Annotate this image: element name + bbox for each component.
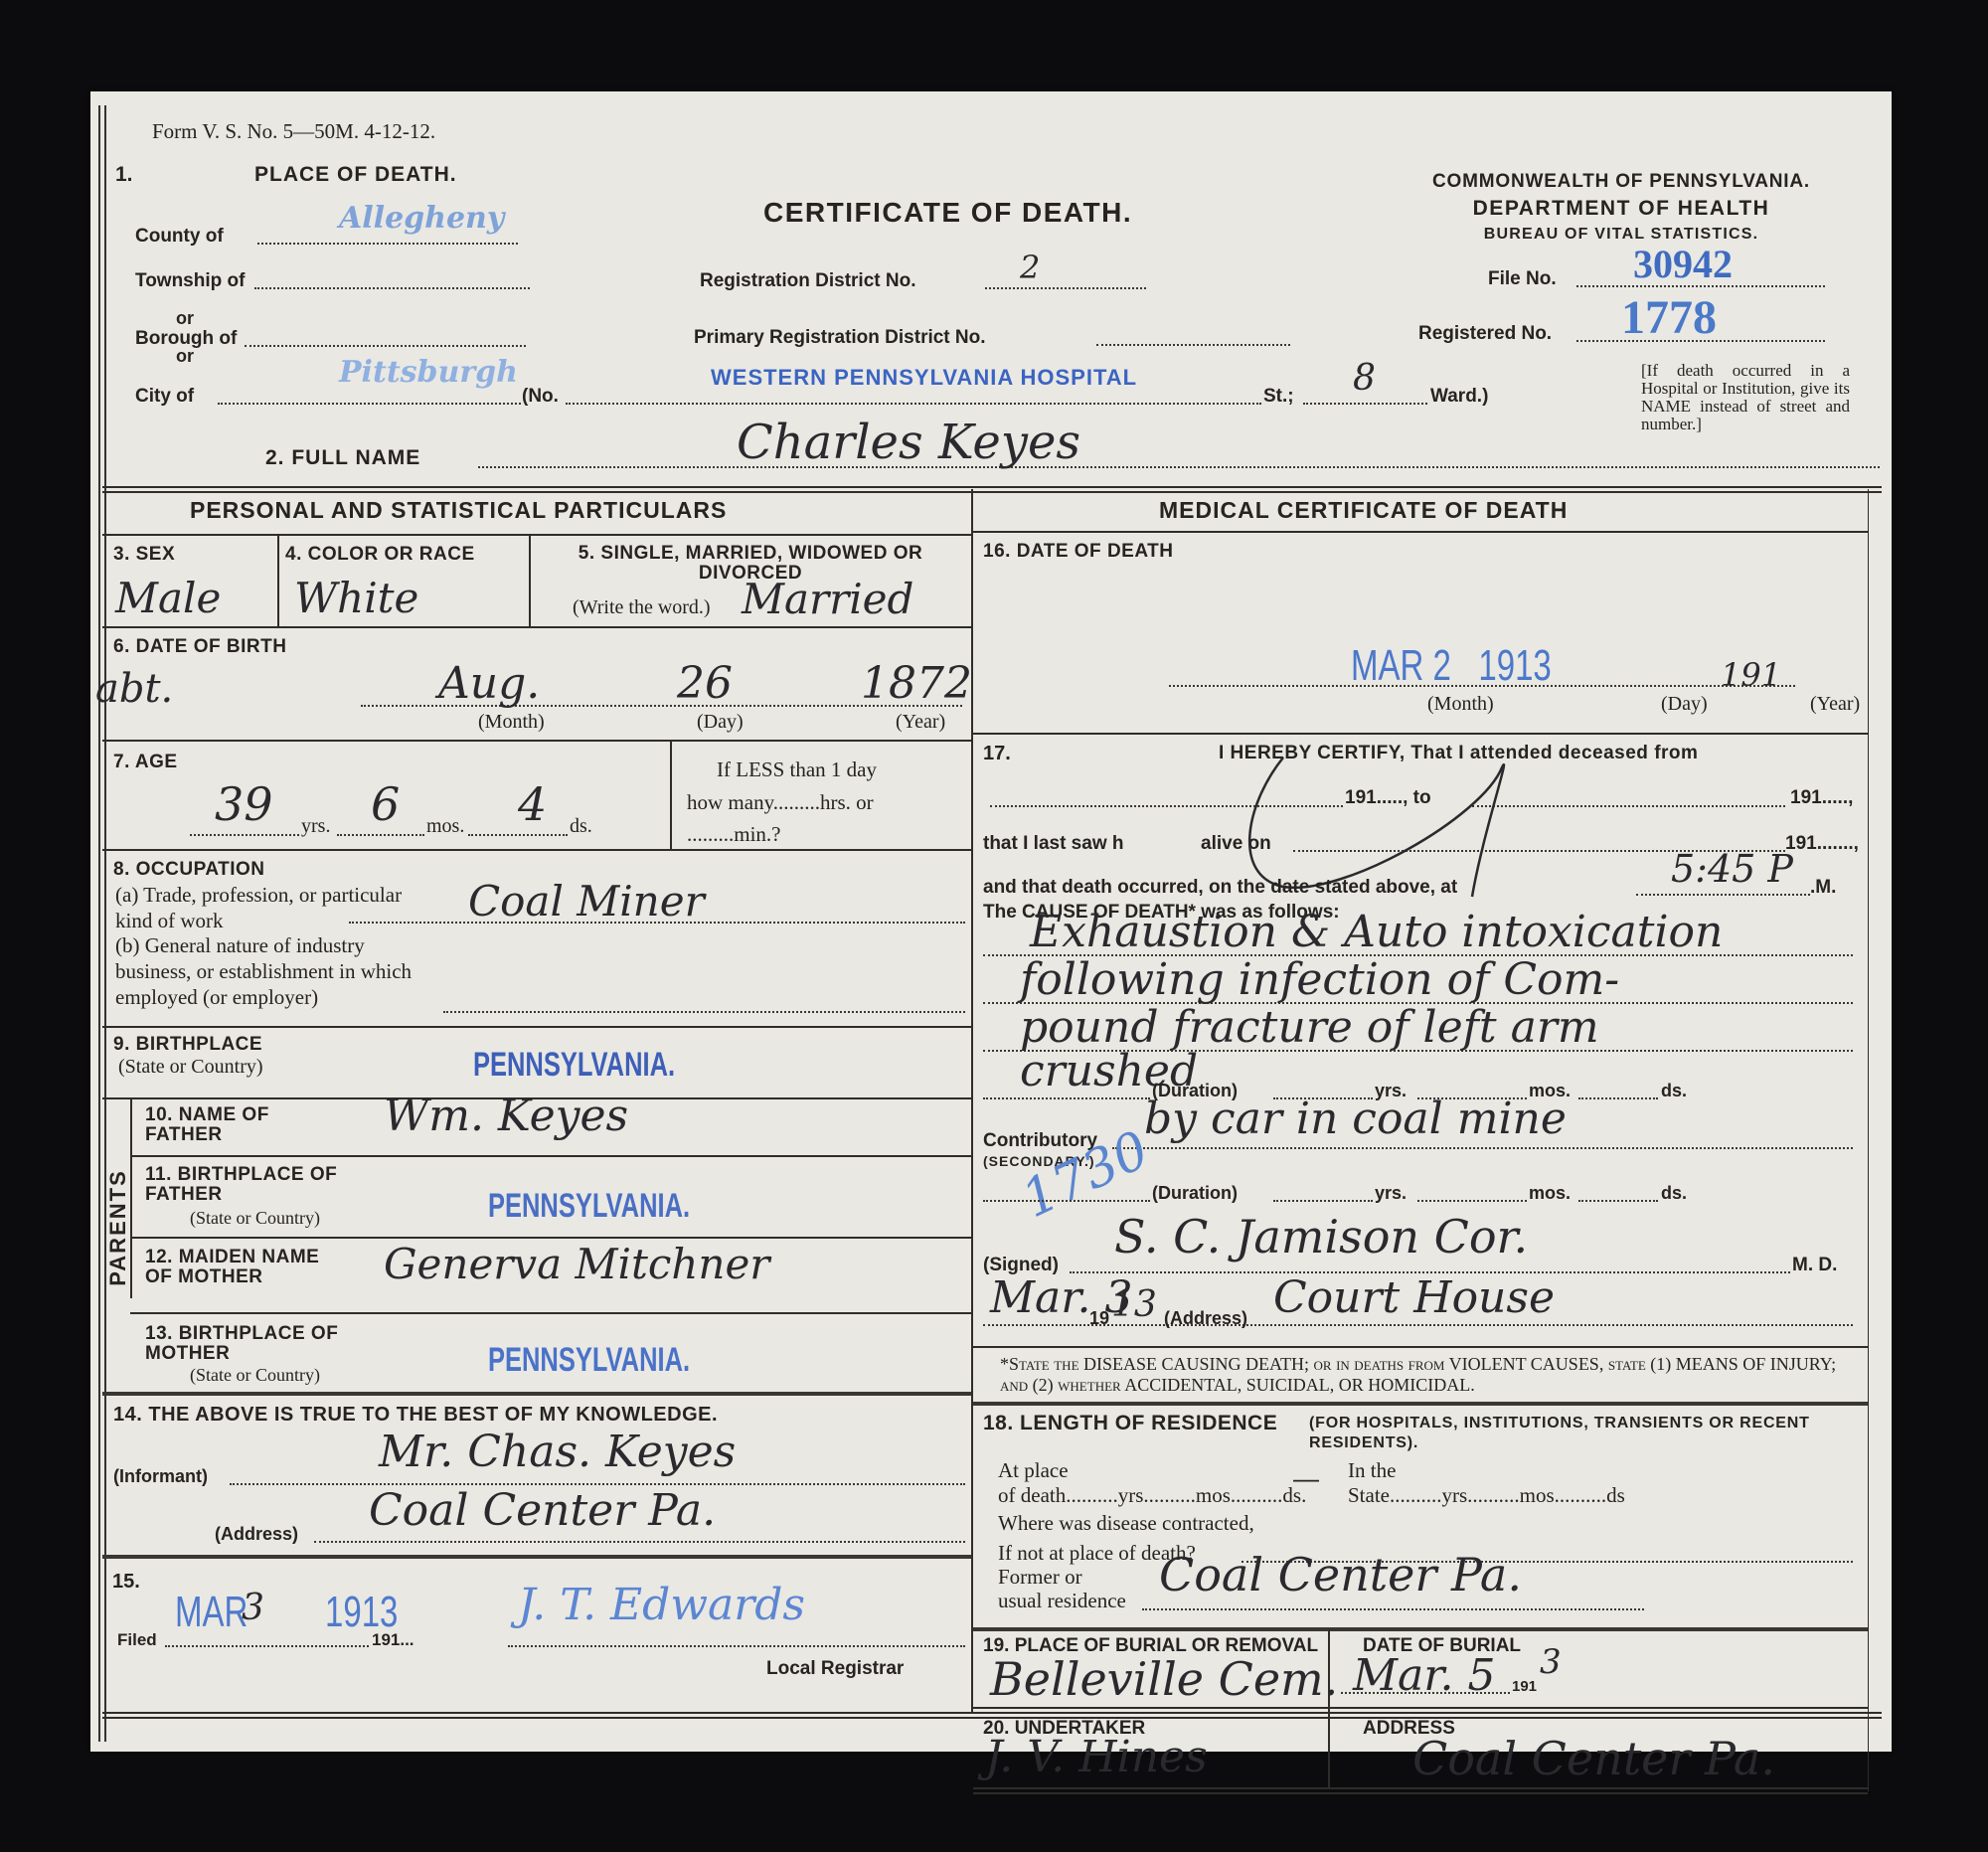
informant-heading: 14. THE ABOVE IS TRUE TO THE BEST OF MY … (113, 1404, 718, 1427)
contributory-line (1112, 1147, 1853, 1149)
occupation-value[interactable]: Coal Miner (468, 877, 705, 926)
agency-department: DEPARTMENT OF HEALTH (1393, 197, 1850, 221)
st-label: St.; (1263, 386, 1294, 408)
duration-line (983, 1097, 1150, 1099)
county-value[interactable]: Allegheny (339, 201, 504, 236)
physician-signature[interactable]: S. C. Jamison Cor. (1114, 1210, 1528, 1263)
registered-no-value: 1778 (1621, 290, 1717, 345)
race-value[interactable]: White (294, 574, 418, 622)
ds-caption: ds. (570, 815, 592, 838)
year-caption: (Year) (896, 711, 945, 734)
file-no-value: 30942 (1633, 241, 1733, 287)
dob-day[interactable]: 26 (677, 658, 733, 709)
full-name-value[interactable]: Charles Keyes (737, 415, 1080, 470)
month-caption: (Month) (1427, 693, 1494, 716)
duration-2-line (983, 1200, 1150, 1202)
residence-heading-note: (FOR HOSPITALS, INSTITUTIONS, TRANSIENTS… (1309, 1414, 1856, 1453)
street-field-line (566, 403, 1261, 405)
in-the-label: In the (1348, 1458, 1396, 1483)
ds-caption: ds. (1661, 1081, 1687, 1101)
dob-year[interactable]: 1872 (861, 658, 972, 709)
duration-label: (Duration) (1152, 1183, 1238, 1204)
divider (973, 1787, 1868, 1794)
duration-2-ds-line[interactable] (1578, 1200, 1658, 1202)
mother-name-value[interactable]: Generva Mitchner (384, 1240, 769, 1288)
signed-year[interactable]: 13 (1111, 1284, 1157, 1325)
marital-hint: (Write the word.) (573, 596, 711, 619)
sex-value[interactable]: Male (115, 574, 221, 622)
date-of-death-label: 16. DATE OF DEATH (983, 541, 1173, 563)
age-months-line (337, 834, 424, 836)
father-birthplace-sub: (State or Country) (190, 1208, 320, 1229)
registrar-signature[interactable]: J. T. Edwards (518, 1580, 805, 1630)
divider (102, 626, 971, 628)
agency-bureau: BUREAU OF VITAL STATISTICS. (1393, 226, 1850, 244)
primary-district-label: Primary Registration District No. (694, 327, 986, 349)
physician-address-label: (Address) (1164, 1308, 1247, 1329)
place-of-death-heading: PLACE OF DEATH. (254, 163, 457, 187)
certify-number: 17. (983, 743, 1011, 765)
filed-191: 191... (372, 1630, 414, 1650)
section-1-number: 1. (115, 163, 133, 187)
divider (973, 1346, 1868, 1348)
ward-label: Ward.) (1430, 386, 1488, 408)
mos-caption: mos. (1529, 1183, 1571, 1204)
undertaker-address-value[interactable]: Coal Center Pa. (1412, 1732, 1775, 1785)
duration-2-yrs-line[interactable] (1273, 1200, 1373, 1202)
filing-number: 15. (112, 1571, 140, 1594)
street-no-label: (No. (522, 386, 559, 408)
usual-residence-value[interactable]: Coal Center Pa. (1159, 1548, 1522, 1601)
divider (277, 535, 279, 627)
divider (102, 1555, 971, 1559)
duration-2-mos-line[interactable] (1417, 1200, 1527, 1202)
age-label: 7. AGE (113, 752, 178, 773)
age-days-line (468, 834, 568, 836)
burial-date-191: 191 (1512, 1678, 1537, 1695)
where-contracted-label: Where was disease contracted, (998, 1511, 1254, 1536)
divider (973, 1627, 1868, 1631)
divider (973, 531, 1868, 533)
father-birthplace-value: PENNSYLVANIA. (488, 1187, 690, 1226)
death-time-label: and that death occurred, on the date sta… (983, 877, 1457, 899)
borough-field-line[interactable] (245, 345, 526, 347)
former-label: Former or (998, 1565, 1082, 1590)
divider (1328, 1709, 1330, 1788)
city-value[interactable]: Pittsburgh (339, 355, 518, 390)
left-double-border (98, 105, 106, 1742)
dod-191: 191 (1721, 656, 1781, 694)
attended-to-191: 191....., (1790, 787, 1853, 809)
less-than-day-hrs[interactable]: how many.........hrs. or (687, 790, 874, 815)
registrar-label: Local Registrar (766, 1658, 904, 1680)
divider (130, 1312, 971, 1314)
divider (102, 486, 1882, 493)
file-no-label: File No. (1488, 268, 1557, 290)
ds-caption: ds. (1661, 1183, 1687, 1204)
or-label: or (176, 346, 194, 367)
signed-19: 19 (1089, 1308, 1109, 1329)
divider (102, 849, 971, 851)
informant-address-label: (Address) (215, 1524, 298, 1545)
death-time-line (1636, 894, 1810, 896)
township-label: Township of (135, 270, 245, 292)
less-than-day-min[interactable]: .........min.? (687, 822, 781, 847)
registration-district-value[interactable]: 2 (1020, 249, 1040, 286)
mos-caption: mos. (426, 815, 464, 838)
sex-label: 3. SEX (113, 544, 175, 566)
usual-residence-label: usual residence (998, 1589, 1126, 1613)
ward-value[interactable]: 8 (1353, 358, 1376, 399)
physician-address[interactable]: Court House (1273, 1272, 1555, 1323)
burial-place-value[interactable]: Belleville Cem. (990, 1652, 1338, 1706)
divider (1328, 1629, 1330, 1709)
filed-line (165, 1645, 369, 1647)
residence-heading: 18. LENGTH OF RESIDENCE (983, 1412, 1277, 1435)
divider (973, 1402, 1868, 1406)
informant-address-line (314, 1541, 965, 1543)
divider (102, 1026, 971, 1028)
of-death-duration[interactable]: of death..........yrs..........mos......… (998, 1483, 1306, 1508)
am-pm-suffix: .M. (1810, 877, 1836, 899)
ward-field-line (1303, 403, 1427, 405)
informant-address-value[interactable]: Coal Center Pa. (369, 1485, 716, 1536)
marital-value[interactable]: Married (742, 575, 913, 623)
divider (130, 1155, 971, 1157)
age-years-line (190, 834, 299, 836)
father-name-label: 10. NAME OF FATHER (145, 1105, 314, 1145)
personal-particulars-heading: PERSONAL AND STATISTICAL PARTICULARS (190, 497, 727, 524)
agency-commonwealth: COMMONWEALTH OF PENNSYLVANIA. (1393, 171, 1850, 193)
at-place-label: At place (998, 1458, 1069, 1483)
yrs-caption: yrs. (301, 815, 330, 838)
alive-on-191: 191......., (1785, 833, 1859, 855)
county-label: County of (135, 226, 224, 248)
medical-certificate-heading: MEDICAL CERTIFICATE OF DEATH (1159, 497, 1568, 524)
date-of-death-stamp: MAR 2 1913 (1351, 641, 1552, 691)
township-field-line[interactable] (254, 287, 530, 289)
primary-district-line[interactable] (1096, 344, 1290, 346)
informant-value[interactable]: Mr. Chas. Keyes (379, 1427, 736, 1477)
occupation-b-label: (b) General nature of industry business,… (115, 932, 443, 1010)
time-of-death[interactable]: 5:45 P (1671, 847, 1793, 891)
mother-name-label: 12. MAIDEN NAME OF MOTHER (145, 1248, 344, 1287)
day-caption: (Day) (697, 711, 744, 734)
divider (102, 1392, 971, 1396)
month-caption: (Month) (478, 711, 545, 734)
occupation-label: 8. OCCUPATION (113, 859, 265, 881)
less-than-day-note: If LESS than 1 day (717, 758, 877, 782)
father-name-value[interactable]: Wm. Keyes (384, 1091, 628, 1141)
dob-month[interactable]: Aug. (438, 658, 540, 709)
full-name-line (478, 466, 1880, 468)
in-state-duration[interactable]: State..........yrs..........mos.........… (1348, 1483, 1625, 1508)
mother-birthplace-stamp-wrap: PENNSYLVANIA. (488, 1341, 757, 1380)
birthplace-sub: (State or Country) (118, 1056, 263, 1079)
full-name-label: 2. FULL NAME (265, 446, 420, 470)
divider (973, 733, 1868, 735)
filed-day[interactable]: 3 (242, 1588, 264, 1628)
hospital-instruction-note: [If death occurred in a Hospital or Inst… (1641, 362, 1850, 433)
divider (973, 1707, 1868, 1709)
cause-line-1-text[interactable]: Exhaustion & Auto intoxication (1030, 907, 1723, 957)
occupation-b-line[interactable] (443, 1011, 965, 1013)
divider (102, 740, 971, 742)
death-certificate-page: Form V. S. No. 5—50M. 4-12-12. 1. PLACE … (90, 91, 1892, 1752)
or-label: or (176, 308, 194, 329)
birthplace-value: PENNSYLVANIA. (473, 1046, 675, 1085)
informant-label: (Informant) (113, 1466, 208, 1487)
city-label: City of (135, 386, 194, 408)
mother-birthplace-label: 13. BIRTHPLACE OF MOTHER (145, 1324, 344, 1364)
parents-vertical-label: PARENTS (105, 1138, 131, 1317)
father-birthplace-stamp-wrap: PENNSYLVANIA. (488, 1187, 757, 1226)
divider (670, 741, 672, 850)
mother-birthplace-sub: (State or Country) (190, 1365, 320, 1386)
right-border (1868, 489, 1869, 1791)
cause-footnote: *State the DISEASE CAUSING DEATH; or in … (1000, 1354, 1855, 1396)
age-months[interactable]: 6 (371, 777, 400, 831)
residence-dash: — (1293, 1463, 1319, 1494)
registrar-line (508, 1645, 965, 1647)
duration-ds-line[interactable] (1578, 1097, 1658, 1099)
undertaker-value[interactable]: J. V. Hines (985, 1732, 1208, 1782)
race-label: 4. COLOR OR RACE (285, 544, 475, 566)
burial-date-value[interactable]: Mar. 5 (1353, 1650, 1495, 1701)
age-days[interactable]: 4 (518, 777, 547, 831)
cause-line-2-text[interactable]: following infection of Com- (1020, 954, 1619, 1005)
filed-month: MAR (175, 1588, 248, 1637)
registration-district-label: Registration District No. (700, 270, 915, 292)
city-field-line (218, 403, 521, 405)
registered-no-label: Registered No. (1418, 323, 1552, 345)
divider (130, 1237, 971, 1239)
dob-prefix: abt. (95, 666, 173, 712)
md-label: M. D. (1792, 1255, 1837, 1276)
dob-label: 6. DATE OF BIRTH (113, 636, 286, 658)
certificate-title: CERTIFICATE OF DEATH. (763, 197, 1132, 229)
registration-district-line (985, 287, 1146, 289)
form-number: Form V. S. No. 5—50M. 4-12-12. (152, 119, 435, 144)
institution-stamp: WESTERN PENNSYLVANIA HOSPITAL (711, 365, 1137, 391)
day-caption: (Day) (1661, 693, 1708, 716)
birthplace-label: 9. BIRTHPLACE (113, 1034, 262, 1056)
yrs-caption: yrs. (1375, 1183, 1407, 1204)
dod-stamp-wrap: MAR 2 1913 (1351, 641, 1618, 691)
divider (529, 535, 531, 627)
father-birthplace-label: 11. BIRTHPLACE OF FATHER (145, 1165, 344, 1205)
age-years[interactable]: 39 (215, 777, 273, 831)
occupation-a-label: (a) Trade, profession, or particular kin… (115, 882, 443, 933)
burial-date-year[interactable]: 3 (1540, 1642, 1562, 1682)
filed-label: Filed (117, 1630, 157, 1650)
usual-residence-line (1142, 1608, 1644, 1610)
year-caption: (Year) (1810, 693, 1860, 716)
county-field-line (257, 243, 518, 245)
filed-stamp: MAR (175, 1588, 473, 1637)
mother-birthplace-value: PENNSYLVANIA. (488, 1341, 690, 1380)
last-saw-label: that I last saw h (983, 833, 1123, 855)
birthplace-stamp-wrap: PENNSYLVANIA. (473, 1046, 743, 1085)
divider (102, 534, 971, 536)
contributory-value[interactable]: by car in coal mine (1144, 1094, 1567, 1144)
